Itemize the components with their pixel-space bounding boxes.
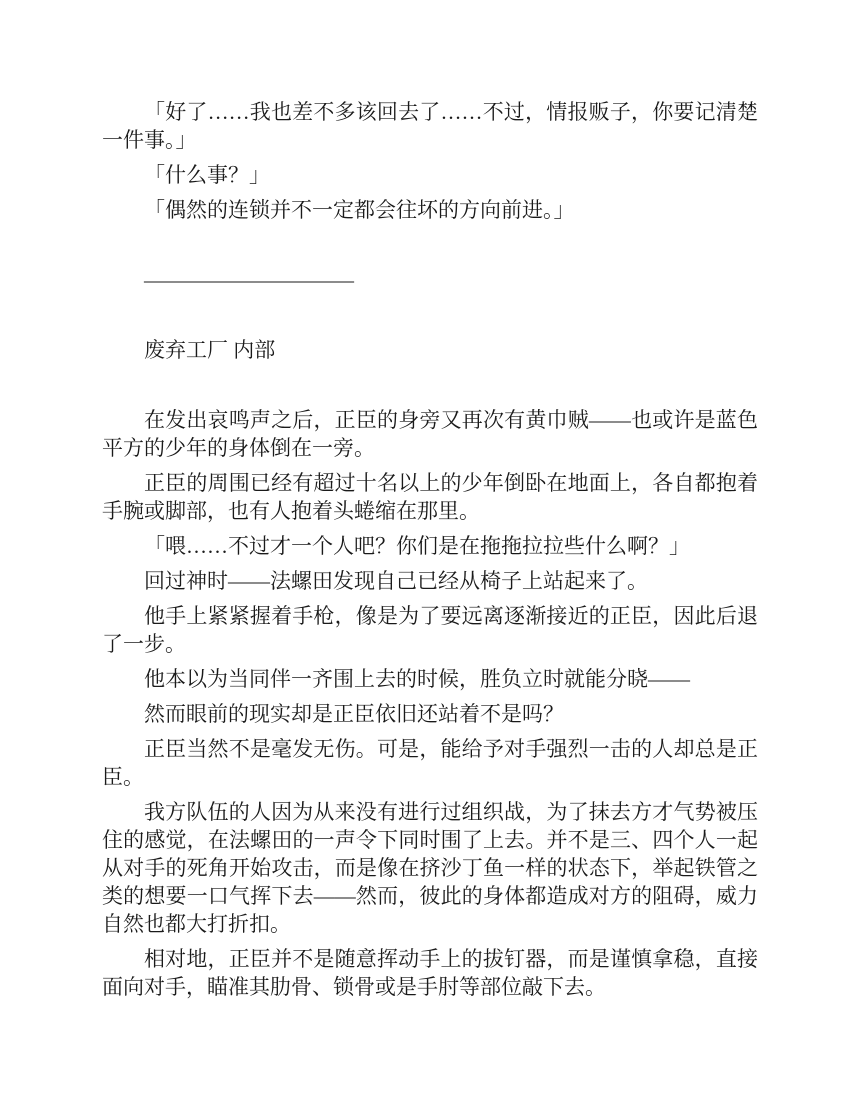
dialogue-paragraph: 「偶然的连锁并不一定都会往坏的方向前进。」 bbox=[102, 196, 758, 224]
narration-paragraph: 在发出哀鸣声之后，正臣的身旁又再次有黄巾贼——也或许是蓝色平方的少年的身体倒在一… bbox=[102, 406, 758, 462]
blank-line bbox=[102, 371, 758, 399]
dialogue-paragraph: 「好了……我也差不多该回去了……不过，情报贩子，你要记清楚一件事。」 bbox=[102, 98, 758, 154]
scene-heading: 废弃工厂 内部 bbox=[102, 336, 758, 364]
narration-paragraph: 回过神时——法螺田发现自己已经从椅子上站起来了。 bbox=[102, 567, 758, 595]
section-divider: —————————— bbox=[102, 266, 758, 294]
narration-paragraph: 正臣的周围已经有超过十名以上的少年倒卧在地面上，各自都抱着手腕或脚部，也有人抱着… bbox=[102, 469, 758, 525]
novel-page: 「好了……我也差不多该回去了……不过，情报贩子，你要记清楚一件事。」「什么事？」… bbox=[0, 0, 850, 1100]
narration-paragraph: 我方队伍的人因为从来没有进行过组织战，为了抹去方才气势被压住的感觉，在法螺田的一… bbox=[102, 798, 758, 938]
narration-paragraph: 正臣当然不是毫发无伤。可是，能给予对手强烈一击的人却总是正臣。 bbox=[102, 735, 758, 791]
narration-paragraph: 然而眼前的现实却是正臣依旧还站着不是吗？ bbox=[102, 700, 758, 728]
narration-paragraph: 相对地，正臣并不是随意挥动手上的拔钉器，而是谨慎拿稳，直接面向对手，瞄准其肋骨、… bbox=[102, 945, 758, 1001]
dialogue-paragraph: 「喂……不过才一个人吧？你们是在拖拖拉拉些什么啊？」 bbox=[102, 532, 758, 560]
blank-line bbox=[102, 301, 758, 329]
dialogue-paragraph: 「什么事？」 bbox=[102, 161, 758, 189]
narration-paragraph: 他手上紧紧握着手枪，像是为了要远离逐渐接近的正臣，因此后退了一步。 bbox=[102, 602, 758, 658]
blank-line bbox=[102, 231, 758, 259]
narration-paragraph: 他本以为当同伴一齐围上去的时候，胜负立时就能分晓—— bbox=[102, 665, 758, 693]
